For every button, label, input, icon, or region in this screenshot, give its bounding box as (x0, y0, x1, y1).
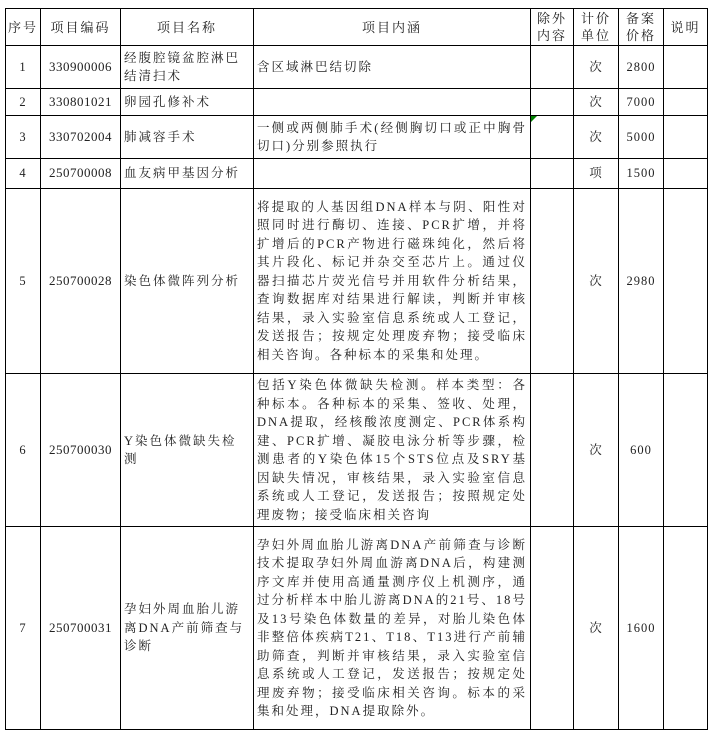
cell-seq: 4 (6, 159, 41, 189)
col-header-price: 备案价格 (619, 9, 664, 46)
cell-name: 经腹腔镜盆腔淋巴结清扫术 (121, 46, 254, 89)
cell-code: 330900006 (41, 46, 121, 89)
cell-note (664, 89, 708, 116)
cell-code: 250700030 (41, 374, 121, 527)
cell-excluded (531, 116, 574, 159)
cell-seq: 1 (6, 46, 41, 89)
cell-note (664, 116, 708, 159)
col-header-note: 说明 (664, 9, 708, 46)
cell-name: 孕妇外周血胎儿游离DNA产前筛查与诊断 (121, 527, 254, 730)
cell-unit: 次 (574, 116, 619, 159)
fee-record-table: 序号 项目编码 项目名称 项目内涵 除外内容 计价单位 备案价格 说明 1 33… (5, 8, 708, 730)
cell-name: 染色体微阵列分析 (121, 189, 254, 374)
table-row: 6 250700030 Y染色体微缺失检测 包括Y染色体微缺失检测。样本类型：各… (6, 374, 708, 527)
table-row: 3 330702004 肺减容手术 一侧或两侧肺手术(经侧胸切口或正中胸骨切口)… (6, 116, 708, 159)
cell-code: 250700031 (41, 527, 121, 730)
cell-code: 250700028 (41, 189, 121, 374)
cell-seq: 2 (6, 89, 41, 116)
col-header-seq: 序号 (6, 9, 41, 46)
cell-name: 肺减容手术 (121, 116, 254, 159)
cell-excluded (531, 159, 574, 189)
cell-note (664, 374, 708, 527)
cell-code: 330702004 (41, 116, 121, 159)
table-row: 7 250700031 孕妇外周血胎儿游离DNA产前筛查与诊断 孕妇外周血胎儿游… (6, 527, 708, 730)
cell-price: 2980 (619, 189, 664, 374)
cell-code: 330801021 (41, 89, 121, 116)
document-page: 序号 项目编码 项目名称 项目内涵 除外内容 计价单位 备案价格 说明 1 33… (0, 8, 708, 731)
cell-excluded (531, 89, 574, 116)
cell-seq: 3 (6, 116, 41, 159)
cell-seq: 5 (6, 189, 41, 374)
cell-unit: 项 (574, 159, 619, 189)
cell-unit: 次 (574, 89, 619, 116)
col-header-unit: 计价单位 (574, 9, 619, 46)
cell-note (664, 527, 708, 730)
cell-price: 2800 (619, 46, 664, 89)
cell-unit: 次 (574, 189, 619, 374)
cell-seq: 7 (6, 527, 41, 730)
cell-content: 孕妇外周血胎儿游离DNA产前筛查与诊断技术提取孕妇外周血游离DNA后，构建测序文… (254, 527, 531, 730)
cell-content (254, 159, 531, 189)
cell-code: 250700008 (41, 159, 121, 189)
table-row: 2 330801021 卵园孔修补术 次 7000 (6, 89, 708, 116)
header-row: 序号 项目编码 项目名称 项目内涵 除外内容 计价单位 备案价格 说明 (6, 9, 708, 46)
cell-content: 一侧或两侧肺手术(经侧胸切口或正中胸骨切口)分别参照执行 (254, 116, 531, 159)
cell-content: 将提取的人基因组DNA样本与阴、阳性对照同时进行酶切、连接、PCR扩增，并将扩增… (254, 189, 531, 374)
cell-price: 7000 (619, 89, 664, 116)
cell-note (664, 159, 708, 189)
cell-seq: 6 (6, 374, 41, 527)
col-header-name: 项目名称 (121, 9, 254, 46)
cell-note (664, 189, 708, 374)
cell-content (254, 89, 531, 116)
table-row: 1 330900006 经腹腔镜盆腔淋巴结清扫术 含区域淋巴结切除 次 2800 (6, 46, 708, 89)
cell-content: 包括Y染色体微缺失检测。样本类型：各种标本。各种标本的采集、签收、处理，DNA提… (254, 374, 531, 527)
cell-price: 1500 (619, 159, 664, 189)
cell-price: 1600 (619, 527, 664, 730)
cell-note (664, 46, 708, 89)
cell-comment-marker-icon (531, 116, 537, 122)
cell-unit: 次 (574, 46, 619, 89)
cell-unit: 次 (574, 527, 619, 730)
cell-name: 血友病甲基因分析 (121, 159, 254, 189)
col-header-content: 项目内涵 (254, 9, 531, 46)
col-header-code: 项目编码 (41, 9, 121, 46)
cell-excluded (531, 46, 574, 89)
cell-price: 600 (619, 374, 664, 527)
table-row: 4 250700008 血友病甲基因分析 项 1500 (6, 159, 708, 189)
table-row: 5 250700028 染色体微阵列分析 将提取的人基因组DNA样本与阴、阳性对… (6, 189, 708, 374)
cell-name: 卵园孔修补术 (121, 89, 254, 116)
cell-content: 含区域淋巴结切除 (254, 46, 531, 89)
cell-unit: 次 (574, 374, 619, 527)
cell-excluded (531, 374, 574, 527)
col-header-excluded: 除外内容 (531, 9, 574, 46)
cell-price: 5000 (619, 116, 664, 159)
cell-excluded (531, 527, 574, 730)
cell-excluded (531, 189, 574, 374)
cell-name: Y染色体微缺失检测 (121, 374, 254, 527)
